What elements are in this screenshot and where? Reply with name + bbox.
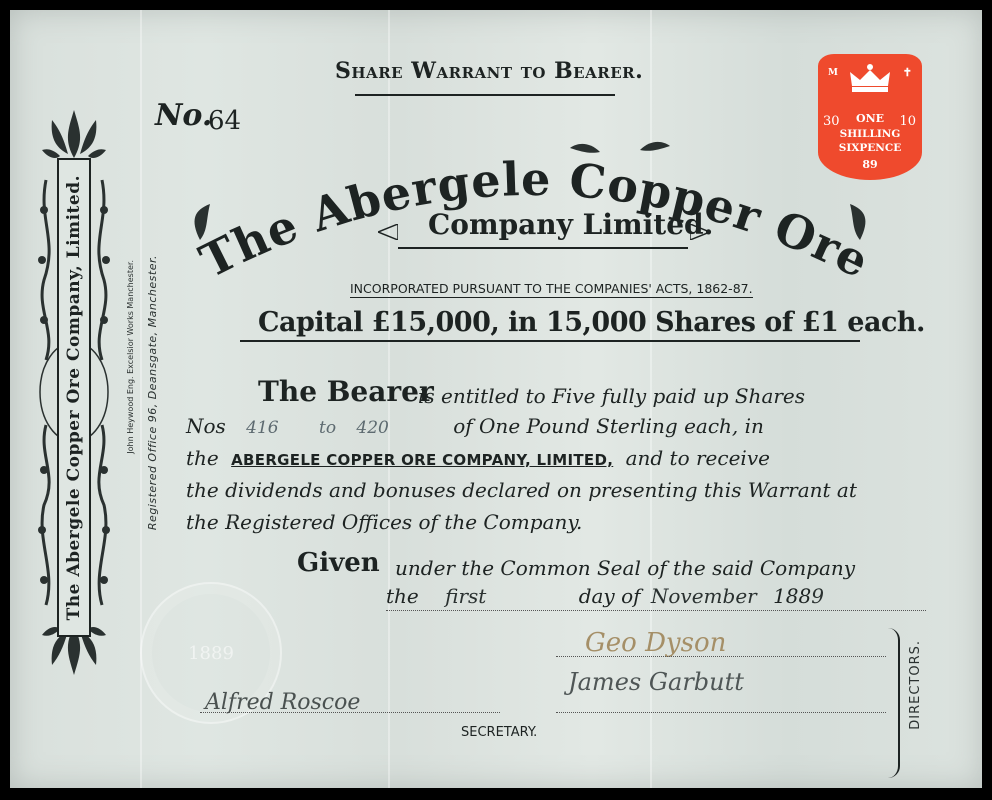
- crown-icon: [848, 64, 892, 94]
- side-banner-text: The Abergele Copper Ore Company, Limited…: [64, 175, 84, 620]
- certificate-heading: Share Warrant to Bearer.: [335, 58, 643, 84]
- body-line-2: of One Pound Sterling each, in: [453, 414, 764, 438]
- nos-to-word: to: [319, 418, 336, 438]
- secretary-dotted-line: [200, 712, 500, 713]
- director-1-dotted-line: [556, 656, 886, 657]
- date-year: 9: [811, 584, 824, 608]
- side-banner: The Abergele Copper Ore Company, Limited…: [57, 158, 91, 637]
- body-line-5: the Registered Offices of the Company.: [186, 510, 582, 534]
- company-name: ABERGELE COPPER ORE COMPANY, LIMITED,: [231, 451, 613, 469]
- given-heading: Given: [297, 548, 380, 578]
- certificate-number: 64: [208, 106, 241, 136]
- directors-label: DIRECTORS.: [908, 640, 923, 730]
- date-year-prefix: 188: [773, 584, 811, 608]
- company-subtitle: Company Limited.: [428, 208, 713, 241]
- seal-year: 1889: [188, 643, 234, 664]
- body-line-4: the dividends and bonuses declared on pr…: [186, 478, 857, 502]
- body-line-3-pre: the: [186, 446, 219, 470]
- director-signature-1: Geo Dyson: [585, 628, 726, 658]
- printer-note: John Heywood Eng. Excelsior Works Manche…: [126, 260, 135, 454]
- number-label: No.: [155, 98, 212, 133]
- pennant-left-icon: [378, 224, 398, 240]
- stamp-line-one: ONE: [818, 112, 922, 125]
- nos-label: Nos: [186, 414, 226, 438]
- company-row: the ABERGELE COPPER ORE COMPANY, LIMITED…: [186, 446, 770, 470]
- incorporation-line: INCORPORATED PURSUANT TO THE COMPANIES' …: [350, 281, 753, 298]
- secretary-label: SECRETARY.: [461, 725, 537, 740]
- date-dotted-line: [386, 610, 926, 611]
- date-day-of: day of: [579, 584, 641, 608]
- date-day: first: [445, 584, 486, 608]
- date-the: the: [386, 584, 419, 608]
- nos-to: 420: [356, 418, 388, 438]
- date-row: the first day of November 1889: [386, 584, 824, 608]
- body-line-3-post: and to receive: [626, 446, 770, 470]
- directors-brace: [888, 628, 900, 778]
- capital-line: Capital £15,000, in 15,000 Shares of £1 …: [258, 307, 925, 338]
- registered-office: Registered Office 96, Deansgate, Manches…: [146, 255, 159, 530]
- nos-row: Nos 416 to 420 of One Pound Sterling eac…: [186, 414, 764, 438]
- body-line-1: is entitled to Five fully paid up Shares: [418, 384, 805, 408]
- stamp-corner-right: ✝: [903, 66, 912, 79]
- capital-rule: [240, 340, 860, 342]
- bearer-heading: The Bearer: [258, 375, 434, 408]
- nos-from: 416: [246, 418, 278, 438]
- heading-rule: [355, 94, 615, 97]
- director-2-dotted-line: [556, 712, 886, 713]
- stamp-line-shilling: SHILLING: [818, 128, 922, 140]
- director-signature-2: James Garbutt: [568, 668, 744, 696]
- stamp-corner-left: M: [828, 68, 838, 78]
- date-month: November: [651, 584, 757, 608]
- given-line-1: under the Common Seal of the said Compan…: [395, 556, 855, 580]
